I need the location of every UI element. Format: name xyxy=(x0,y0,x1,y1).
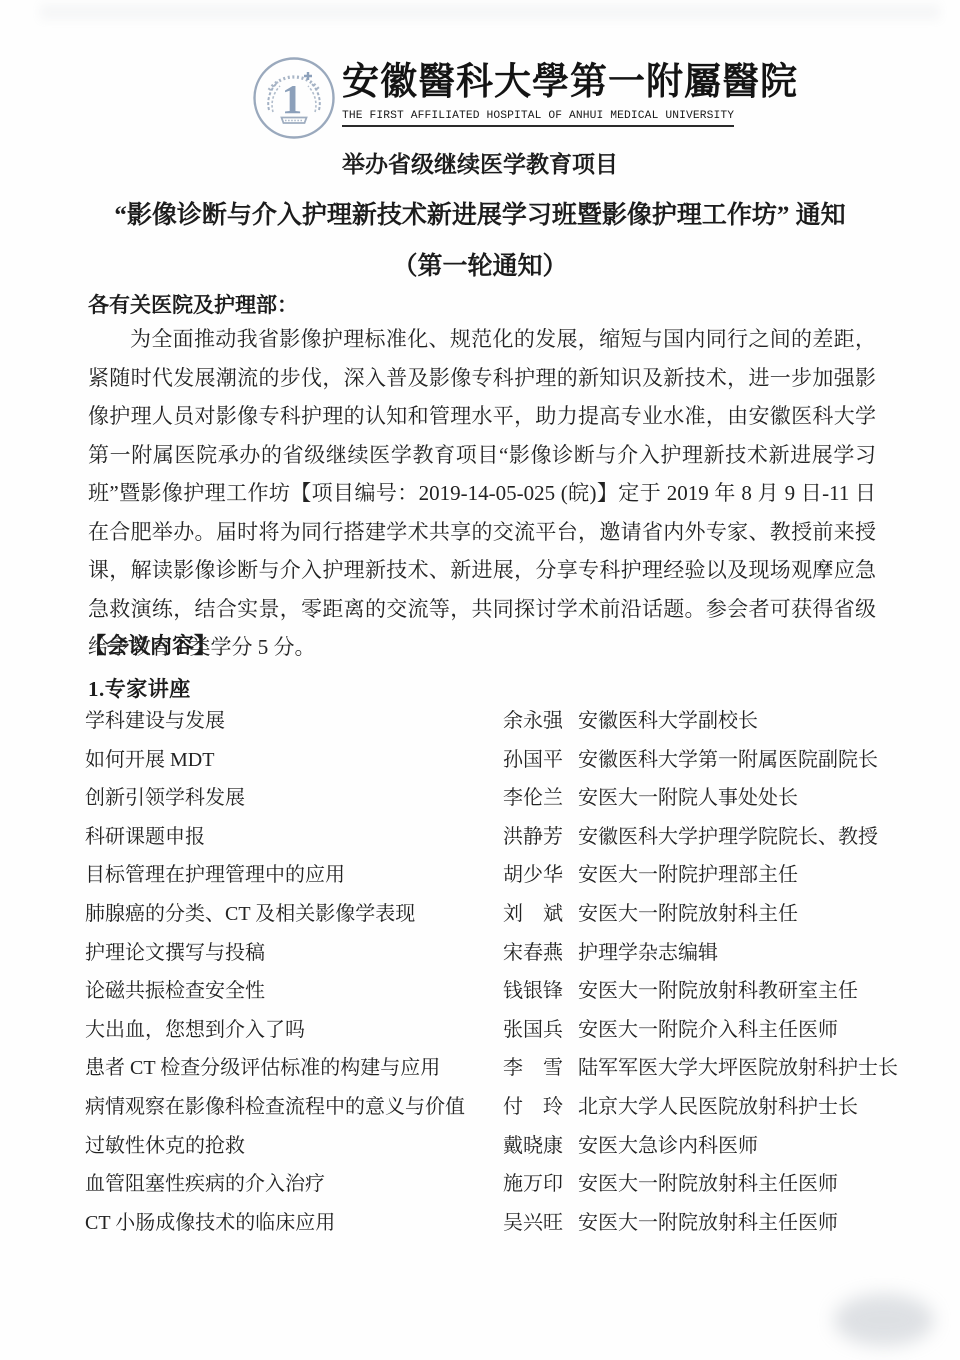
lecture-row: 血管阻塞性疾病的介入治疗 施万印 安医大一附院放射科主任医师 xyxy=(85,1167,877,1206)
lecture-speaker: 李 雪 xyxy=(503,1051,578,1080)
lecture-topic: 创新引领学科发展 xyxy=(85,781,503,810)
lecture-topic: 论磁共振检查安全性 xyxy=(85,974,503,1003)
lecture-speaker: 付 玲 xyxy=(503,1090,578,1119)
lecture-topic: 血管阻塞性疾病的介入治疗 xyxy=(85,1167,503,1196)
subsection-expert-lectures: 1.专家讲座 xyxy=(88,673,191,703)
lecture-affiliation: 安医大一附院放射科主任 xyxy=(578,897,877,926)
notice-title-line1: 举办省级继续医学教育项目 xyxy=(0,146,960,179)
lecture-speaker: 胡少华 xyxy=(503,858,578,887)
lecture-topic: CT 小肠成像技术的临床应用 xyxy=(85,1206,503,1235)
lecture-topic: 护理论文撰写与投稿 xyxy=(85,936,503,965)
lecture-topic: 过敏性休克的抢救 xyxy=(85,1129,503,1158)
lecture-row: 学科建设与发展 余永强 安徽医科大学副校长 xyxy=(85,704,877,743)
salutation: 各有关医院及护理部： xyxy=(88,289,298,319)
lecture-topic: 肺腺癌的分类、CT 及相关影像学表现 xyxy=(85,897,503,926)
lecture-row: 肺腺癌的分类、CT 及相关影像学表现 刘 斌 安医大一附院放射科主任 xyxy=(85,897,877,936)
lecture-affiliation: 安徽医科大学副校长 xyxy=(578,704,877,733)
lecture-row: 病情观察在影像科检查流程中的意义与价值 付 玲 北京大学人民医院放射科护士长 xyxy=(85,1090,877,1129)
lecture-affiliation: 安医大一附院放射科教研室主任 xyxy=(578,974,877,1003)
hospital-name-block: 安徽醫科大學第一附屬醫院 THE FIRST AFFILIATED HOSPIT… xyxy=(342,56,798,127)
hospital-name-en: THE FIRST AFFILIATED HOSPITAL OF ANHUI M… xyxy=(342,110,734,127)
lecture-speaker: 戴晓康 xyxy=(503,1129,578,1158)
lecture-speaker: 施万印 xyxy=(503,1167,578,1196)
lecture-affiliation: 安徽医科大学第一附属医院副院长 xyxy=(578,743,878,772)
hospital-seal-icon: 1 xyxy=(252,56,336,140)
lecture-speaker: 余永强 xyxy=(503,704,578,733)
lecture-topic: 科研课题申报 xyxy=(85,820,503,849)
scan-artifact-bottom xyxy=(834,1294,934,1346)
hospital-name-zh: 安徽醫科大學第一附屬醫院 xyxy=(342,62,798,105)
lecture-topic: 如何开展 MDT xyxy=(85,743,503,772)
lecture-row: 目标管理在护理管理中的应用 胡少华 安医大一附院护理部主任 xyxy=(85,858,877,897)
lecture-affiliation: 陆军军医大学大坪医院放射科护士长 xyxy=(578,1051,898,1080)
notice-document-page: 1 安徽醫科大學第一附屬醫院 THE FIRST AFFILIATED HOSP… xyxy=(0,0,960,1360)
lecture-topic: 学科建设与发展 xyxy=(85,704,503,733)
lecture-affiliation: 护理学杂志编辑 xyxy=(578,936,877,965)
lecture-row: 论磁共振检查安全性 钱银锋 安医大一附院放射科教研室主任 xyxy=(85,974,877,1013)
lecture-speaker: 洪静芳 xyxy=(503,820,578,849)
lecture-row: 创新引领学科发展 李伦兰 安医大一附院人事处处长 xyxy=(85,781,877,820)
lecture-affiliation: 安医大一附院护理部主任 xyxy=(578,858,877,887)
scan-artifact-top xyxy=(40,4,940,20)
lecture-affiliation: 北京大学人民医院放射科护士长 xyxy=(578,1090,877,1119)
lecture-row: 过敏性休克的抢救 戴晓康 安医大急诊内科医师 xyxy=(85,1129,877,1168)
lecture-speaker: 宋春燕 xyxy=(503,936,578,965)
lecture-row: 科研课题申报 洪静芳 安徽医科大学护理学院院长、教授 xyxy=(85,820,877,859)
notice-title-line2: “影像诊断与介入护理新技术新进展学习班暨影像护理工作坊” 通知 xyxy=(0,195,960,231)
lecture-affiliation: 安医大一附院介入科主任医师 xyxy=(578,1013,877,1042)
seal-numeral: 1 xyxy=(282,76,303,122)
body-paragraph: 为全面推动我省影像护理标准化、规范化的发展，缩短与国内同行之间的差距，紧随时代发… xyxy=(88,320,876,667)
notice-title-line3: （第一轮通知） xyxy=(0,246,960,282)
lecture-row: 如何开展 MDT 孙国平 安徽医科大学第一附属医院副院长 xyxy=(85,743,877,782)
lecture-affiliation: 安医大一附院放射科主任医师 xyxy=(578,1167,877,1196)
lecture-affiliation: 安徽医科大学护理学院院长、教授 xyxy=(578,820,878,849)
lecture-row: 患者 CT 检查分级评估标准的构建与应用 李 雪 陆军军医大学大坪医院放射科护士… xyxy=(85,1051,877,1090)
lecture-row: CT 小肠成像技术的临床应用 吴兴旺 安医大一附院放射科主任医师 xyxy=(85,1206,877,1245)
lecture-speaker: 钱银锋 xyxy=(503,974,578,1003)
lecture-row: 大出血，您想到介入了吗 张国兵 安医大一附院介入科主任医师 xyxy=(85,1013,877,1052)
lecture-topic: 患者 CT 检查分级评估标准的构建与应用 xyxy=(85,1051,503,1080)
lecture-speaker: 刘 斌 xyxy=(503,897,578,926)
lecture-speaker: 张国兵 xyxy=(503,1013,578,1042)
lecture-affiliation: 安医大一附院放射科主任医师 xyxy=(578,1206,877,1235)
lecture-row: 护理论文撰写与投稿 宋春燕 护理学杂志编辑 xyxy=(85,936,877,975)
lecture-topic: 大出血，您想到介入了吗 xyxy=(85,1013,503,1042)
lecture-speaker: 吴兴旺 xyxy=(503,1206,578,1235)
section-header-meeting-content: 【会议内容】 xyxy=(84,629,216,660)
lecture-speaker: 孙国平 xyxy=(503,743,578,772)
lecture-topic: 病情观察在影像科检查流程中的意义与价值 xyxy=(85,1090,503,1119)
letterhead: 1 安徽醫科大學第一附屬醫院 THE FIRST AFFILIATED HOSP… xyxy=(252,56,798,140)
lecture-affiliation: 安医大一附院人事处处长 xyxy=(578,781,877,810)
lecture-table: 学科建设与发展 余永强 安徽医科大学副校长 如何开展 MDT 孙国平 安徽医科大… xyxy=(85,704,877,1244)
lecture-speaker: 李伦兰 xyxy=(503,781,578,810)
lecture-affiliation: 安医大急诊内科医师 xyxy=(578,1129,877,1158)
lecture-topic: 目标管理在护理管理中的应用 xyxy=(85,858,503,887)
